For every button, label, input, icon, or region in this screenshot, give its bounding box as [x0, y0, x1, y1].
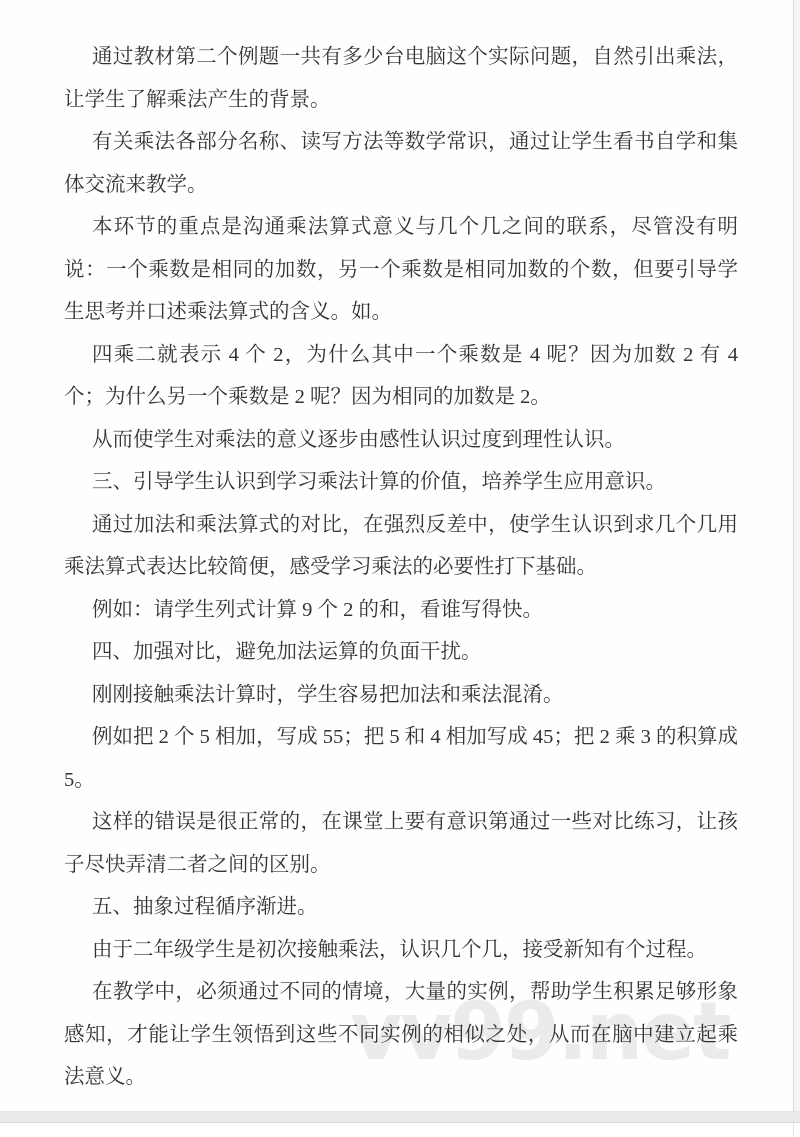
paragraph: 刚刚接触乘法计算时，学生容易把加法和乘法混淆。: [64, 674, 738, 717]
paragraph: 有关乘法各部分名称、读写方法等数学常识，通过让学生看书自学和集体交流来教学。: [64, 121, 738, 206]
paragraph: 四乘二就表示 4 个 2，为什么其中一个乘数是 4 呢？因为加数 2 有 4 个…: [64, 334, 738, 419]
paragraph: 通过加法和乘法算式的对比，在强烈反差中，使学生认识到求几个几用乘法算式表达比较简…: [64, 504, 738, 589]
paragraph: 这样的错误是很正常的，在课堂上要有意识第通过一些对比练习，让孩子尽快弄清二者之间…: [64, 801, 738, 886]
paragraph: 从而使学生对乘法的意义逐步由感性认识过度到理性认识。: [64, 419, 738, 462]
page-right-edge: [793, 0, 800, 1111]
paragraph: 本环节的重点是沟通乘法算式意义与几个几之间的联系，尽管没有明说：一个乘数是相同的…: [64, 206, 738, 334]
document-viewer: vv99.net 通过教材第二个例题一共有多少台电脑这个实际问题，自然引出乘法，…: [0, 0, 800, 1137]
paragraph: 例如把 2 个 5 相加，写成 55；把 5 和 4 相加写成 45；把 2 乘…: [64, 716, 738, 801]
document-body: 通过教材第二个例题一共有多少台电脑这个实际问题，自然引出乘法，让学生了解乘法产生…: [64, 36, 738, 1099]
paragraph: 四、加强对比，避免加法运算的负面干扰。: [64, 631, 738, 674]
paragraph: 五、抽象过程循序渐进。: [64, 886, 738, 929]
page-separator: [0, 1111, 800, 1123]
paragraph: 由于二年级学生是初次接触乘法，认识几个几，接受新知有个过程。: [64, 929, 738, 972]
paragraph: 通过教材第二个例题一共有多少台电脑这个实际问题，自然引出乘法，让学生了解乘法产生…: [64, 36, 738, 121]
paragraph: 例如：请学生列式计算 9 个 2 的和，看谁写得快。: [64, 589, 738, 632]
paragraph: 三、引导学生认识到学习乘法计算的价值，培养学生应用意识。: [64, 461, 738, 504]
paragraph: 在教学中，必须通过不同的情境，大量的实例，帮助学生积累足够形象感知，才能让学生领…: [64, 971, 738, 1099]
document-page: vv99.net 通过教材第二个例题一共有多少台电脑这个实际问题，自然引出乘法，…: [0, 0, 793, 1111]
next-page-right-edge: [793, 1123, 794, 1137]
next-page-top: [0, 1123, 800, 1137]
